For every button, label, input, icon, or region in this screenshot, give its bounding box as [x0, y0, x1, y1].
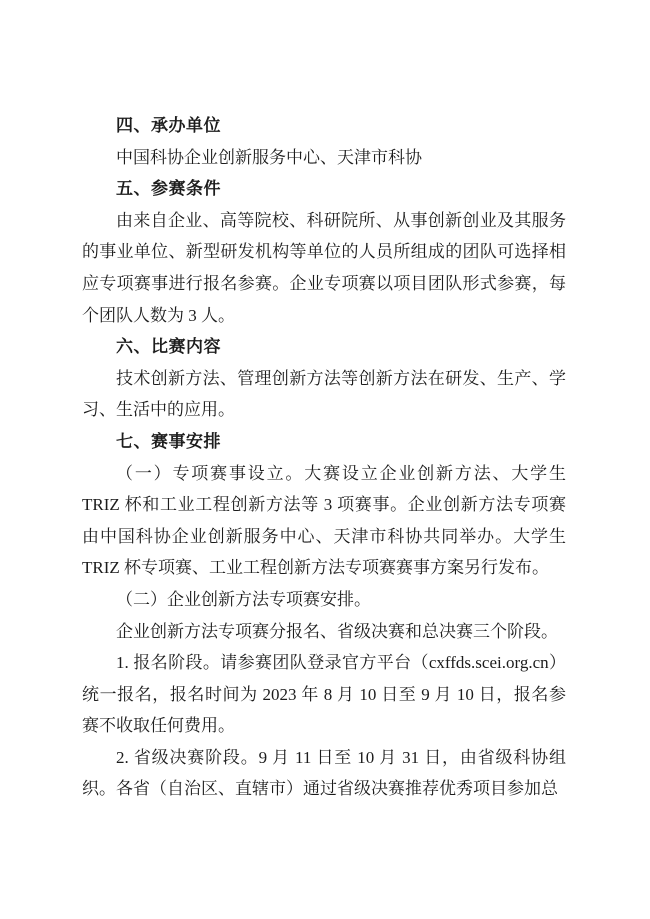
paragraph-registration-stage: 1. 报名阶段。请参赛团队登录官方平台（cxffds.scei.org.cn）统… [82, 647, 566, 742]
paragraph-special-events-setup: （一）专项赛事设立。大赛设立企业创新方法、大学生 TRIZ 杯和工业工程创新方法… [82, 458, 566, 584]
heading-section-5-eligibility: 五、参赛条件 [82, 173, 566, 205]
paragraph-three-stages: 企业创新方法专项赛分报名、省级决赛和总决赛三个阶段。 [82, 616, 566, 648]
heading-section-4-organizers: 四、承办单位 [82, 110, 566, 142]
paragraph-provincial-final-stage: 2. 省级决赛阶段。9 月 11 日至 10 月 31 日，由省级科协组织。各省… [82, 742, 566, 805]
paragraph-competition-content: 技术创新方法、管理创新方法等创新方法在研发、生产、学习、生活中的应用。 [82, 363, 566, 426]
paragraph-enterprise-event-arrangement: （二）企业创新方法专项赛安排。 [82, 584, 566, 616]
heading-section-6-competition-content: 六、比赛内容 [82, 331, 566, 363]
paragraph-organizer-names: 中国科协企业创新服务中心、天津市科协 [82, 142, 566, 174]
heading-section-7-event-arrangement: 七、赛事安排 [82, 426, 566, 458]
document-body: 四、承办单位 中国科协企业创新服务中心、天津市科协 五、参赛条件 由来自企业、高… [82, 110, 566, 805]
paragraph-eligibility-details: 由来自企业、高等院校、科研院所、从事创新创业及其服务的事业单位、新型研发机构等单… [82, 205, 566, 331]
document-page: 四、承办单位 中国科协企业创新服务中心、天津市科协 五、参赛条件 由来自企业、高… [0, 0, 650, 919]
